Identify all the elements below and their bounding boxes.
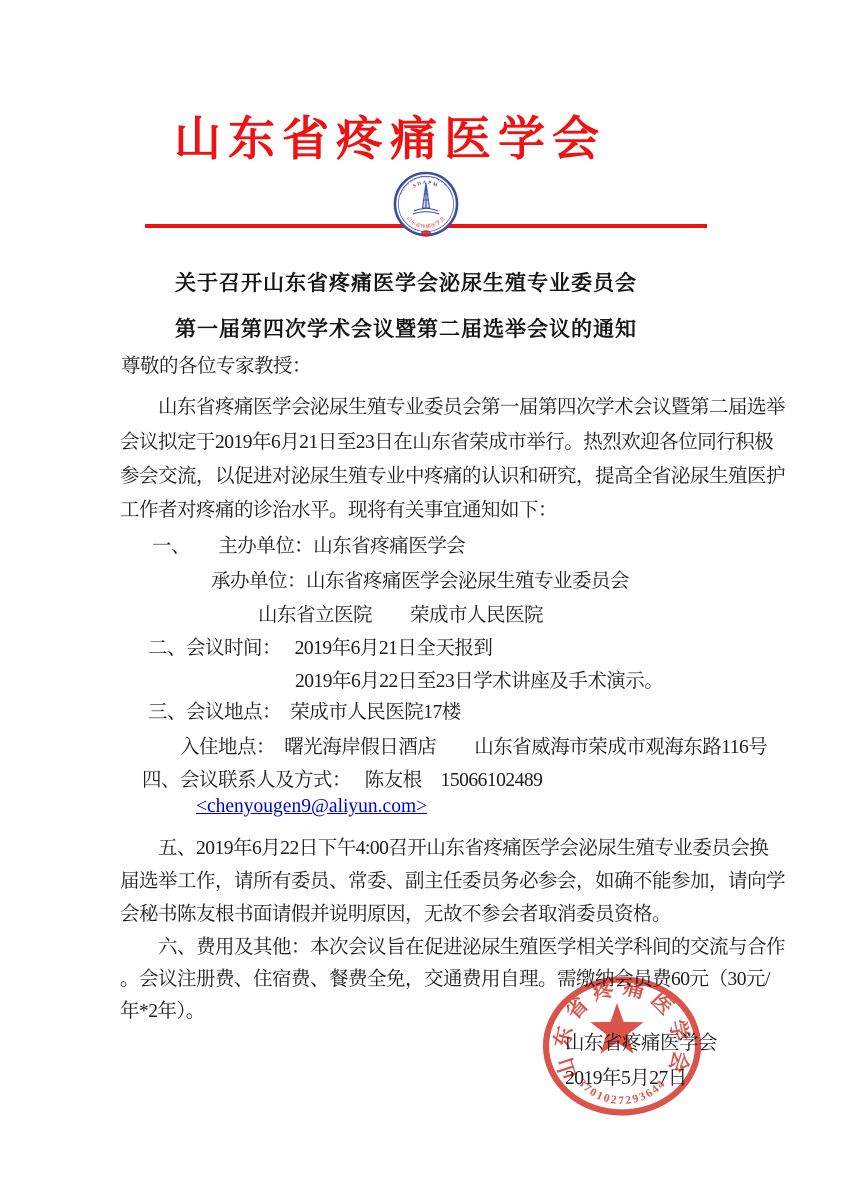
item2-time-line1: 二、会议时间： 2019年6月21日全天报到 [148, 632, 492, 660]
item2-time-line2: 2019年6月22日至23日学术讲座及手术演示。 [295, 665, 663, 693]
item5-line3: 会秘书陈友根书面请假并说明原因，无故不参会者取消委员资格。 [120, 898, 671, 926]
item6-line3: 年*2年）。 [120, 995, 205, 1023]
item3-venue-line2: 入住地点： 曙光海岸假日酒店 山东省威海市荣成市观海东路116号 [180, 731, 767, 759]
official-stamp: 山东省疼痛医学会 3701027293644 [539, 972, 705, 1124]
item5-line2: 届选举工作，请所有委员、常委、副主任委员务必参会，如确不能参加，请向学 [120, 865, 785, 893]
item1-host: 一、 主办单位：山东省疼痛医学会 [152, 530, 465, 558]
item5-line1: 五、2019年6月22日下午4:00召开山东省疼痛医学会泌尿生殖专业委员会换 [158, 832, 768, 860]
para1-line4: 工作者对疼痛的诊治水平。现将有关事宜通知如下： [120, 494, 557, 522]
notice-title-line1: 关于召开山东省疼痛医学会泌尿生殖专业委员会 [0, 267, 812, 297]
association-logo-icon: Shandong Association of Pain Medicine SD… [392, 170, 460, 242]
notice-title-line2: 第一届第四次学术会议暨第二届选举会议的通知 [0, 313, 812, 343]
letterhead-org-title: 山东省疼痛医学会 [0, 102, 780, 169]
stamp-star-icon [590, 1003, 643, 1054]
document-page: 山东省疼痛医学会 Shandong Association of Pain Me… [0, 0, 850, 1201]
salutation: 尊敬的各位专家教授： [121, 350, 311, 378]
item3-venue-line1: 三、会议地点： 荣成市人民医院17楼 [148, 696, 461, 724]
stamp-serial-number: 3701027293644 [575, 1077, 668, 1107]
item1-organizer: 承办单位：山东省疼痛医学会泌尿生殖专业委员会 [211, 565, 629, 593]
item6-line1: 六、费用及其他：本次会议旨在促进泌尿生殖医学相关学科间的交流与合作 [158, 931, 785, 959]
para1-line2: 会议拟定于2019年6月21日至23日在山东省荣成市举行。热烈欢迎各位同行积极 [120, 426, 773, 454]
contact-email-link[interactable]: <chenyougen9@aliyun.com> [196, 796, 427, 818]
item4-contact: 四、会议联系人及方式： 陈友根 15066102489 [142, 764, 542, 792]
logo-bottom-seal-icon [421, 230, 431, 237]
para1-line1: 山东省疼痛医学会泌尿生殖专业委员会第一届第四次学术会议暨第二届选举 [158, 391, 785, 419]
item1-hospitals: 山东省立医院 荣成市人民医院 [258, 599, 543, 627]
svg-text:3701027293644: 3701027293644 [575, 1077, 668, 1107]
para1-line3: 参会交流，以促进对泌尿生殖专业中疼痛的认识和研究，提高全省泌尿生殖医护 [120, 460, 785, 488]
